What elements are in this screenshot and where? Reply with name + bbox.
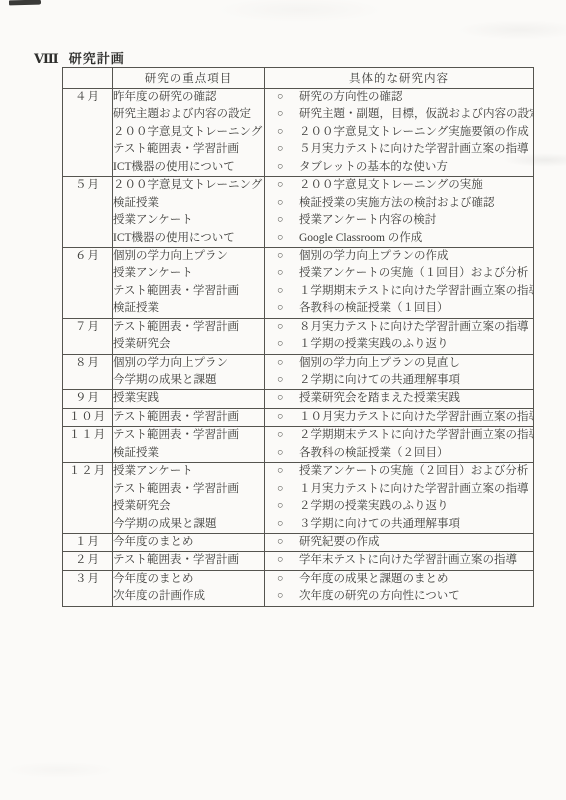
research-content-text: ２学期に向けての共通理解事項 [299, 374, 460, 386]
research-content-text: 研究主題・副題，目標，仮説および内容の設定 [299, 108, 533, 120]
page-title: Ⅷ研究計画 [34, 48, 125, 67]
focus-item-line: ICT機器の使用について [113, 230, 264, 247]
research-content-cell: ○２００字意見文トレーニングの実施○検証授業の実施方法の検討および確認○授業アン… [265, 177, 534, 248]
research-content-text: １学期期末テストに向けた学習計画立案の指導 [299, 285, 533, 297]
research-content-cell: ○８月実力テストに向けた学習計画立案の指導○１学期の授業実践のふり返り [265, 318, 534, 354]
focus-item-line: テスト範囲表・学習計画 [113, 319, 264, 336]
circle-bullet-icon: ○ [277, 588, 288, 605]
research-content-line: ○タブレットの基本的な使い方 [265, 159, 533, 176]
research-content-line: ○１学期の授業実践のふり返り [265, 336, 533, 353]
research-content-text: 検証授業の実施方法の検討および確認 [299, 197, 495, 209]
research-content-line: ○各教科の検証授業（１回目） [265, 300, 533, 317]
header-month [63, 68, 113, 89]
research-content-text: 学年末テストに向けた学習計画立案の指導 [299, 554, 517, 566]
table-row: ３月今年度のまとめ次年度の計画作成○今年度の成果と課題のまとめ○次年度の研究の方… [63, 570, 534, 606]
focus-item-line: 授業アンケート [113, 265, 264, 282]
research-content-cell: ○１０月実力テストに向けた学習計画立案の指導 [265, 408, 534, 426]
research-content-line: ○検証授業の実施方法の検討および確認 [265, 195, 533, 212]
focus-items-cell: テスト範囲表・学習計画検証授業 [113, 427, 265, 463]
month-cell: １０月 [63, 408, 113, 426]
circle-bullet-icon: ○ [277, 552, 288, 569]
research-content-text: 研究紀要の作成 [299, 536, 380, 548]
focus-item-line: 検証授業 [113, 300, 264, 317]
month-cell: １月 [63, 533, 113, 551]
research-content-text: タブレットの基本的な使い方 [299, 161, 448, 173]
month-cell: ８月 [63, 354, 113, 390]
circle-bullet-icon: ○ [277, 124, 288, 141]
circle-bullet-icon: ○ [277, 481, 288, 498]
circle-bullet-icon: ○ [277, 355, 288, 372]
circle-bullet-icon: ○ [277, 230, 288, 247]
circle-bullet-icon: ○ [277, 319, 288, 336]
research-content-line: ○各教科の検証授業（２回目） [265, 445, 533, 462]
research-plan-table: 研究の重点項目 具体的な研究内容 ４月昨年度の研究の確認研究主題および内容の設定… [62, 67, 534, 607]
circle-bullet-icon: ○ [277, 498, 288, 515]
research-content-text: 個別の学力向上プランの作成 [299, 250, 449, 262]
focus-item-line: 研究主題および内容の設定 [113, 106, 264, 123]
section-title: 研究計画 [69, 51, 125, 66]
research-content-line: ○２００字意見文トレーニング実施要領の作成 [265, 124, 533, 141]
focus-items-cell: テスト範囲表・学習計画 [113, 408, 265, 426]
focus-items-cell: 授業アンケートテスト範囲表・学習計画授業研究会今学期の成果と課題 [113, 463, 265, 534]
header-focus-items: 研究の重点項目 [113, 68, 265, 89]
focus-items-cell: テスト範囲表・学習計画 [113, 552, 265, 570]
table-row: ６月個別の学力向上プラン授業アンケートテスト範囲表・学習計画検証授業○個別の学力… [63, 247, 534, 318]
research-content-text: 今年度の成果と課題のまとめ [299, 573, 449, 585]
research-content-text: 各教科の検証授業（２回目） [299, 447, 449, 459]
research-content-line: ○２００字意見文トレーニングの実施 [265, 177, 533, 194]
focus-item-line: テスト範囲表・学習計画 [113, 141, 264, 158]
circle-bullet-icon: ○ [277, 445, 288, 462]
circle-bullet-icon: ○ [277, 463, 288, 480]
research-content-cell: ○研究の方向性の確認○研究主題・副題，目標，仮説および内容の設定○２００字意見文… [265, 89, 534, 177]
focus-item-line: テスト範囲表・学習計画 [113, 283, 264, 300]
research-content-text: 授業アンケートの実施（２回目）および分析・比較 [299, 465, 533, 477]
research-content-text: １０月実力テストに向けた学習計画立案の指導 [299, 411, 533, 423]
focus-item-line: 個別の学力向上プラン [113, 248, 264, 265]
research-content-line: ○今年度の成果と課題のまとめ [265, 571, 533, 588]
focus-item-line: ２００字意見文トレーニング [113, 177, 264, 194]
research-content-line: ○１学期期末テストに向けた学習計画立案の指導 [265, 283, 533, 300]
research-content-line: ○２学期期末テストに向けた学習計画立案の指導 [265, 427, 533, 444]
focus-items-cell: 授業実践 [113, 390, 265, 408]
research-content-line: ○授業アンケートの実施（１回目）および分析 [265, 265, 533, 282]
table-row: ２月テスト範囲表・学習計画○学年末テストに向けた学習計画立案の指導 [63, 552, 534, 570]
research-content-line: ○８月実力テストに向けた学習計画立案の指導 [265, 319, 533, 336]
research-content-line: ○授業研究会を踏まえた授業実践 [265, 390, 533, 407]
research-content-text: 授業研究会を踏まえた授業実践 [299, 392, 460, 404]
circle-bullet-icon: ○ [277, 300, 288, 317]
research-content-text: ２００字意見文トレーニング実施要領の作成 [299, 126, 529, 138]
table-row: ７月テスト範囲表・学習計画授業研究会○８月実力テストに向けた学習計画立案の指導○… [63, 318, 534, 354]
research-content-text: ２学期の授業実践のふり返り [299, 500, 449, 512]
focus-item-line: テスト範囲表・学習計画 [113, 481, 264, 498]
research-content-text: 授業アンケートの実施（１回目）および分析 [299, 267, 528, 279]
focus-item-line: 今学期の成果と課題 [113, 372, 264, 389]
focus-item-line: 今年度のまとめ [113, 534, 264, 551]
research-content-text: 研究の方向性の確認 [299, 91, 403, 103]
focus-item-line: 個別の学力向上プラン [113, 355, 264, 372]
month-cell: ５月 [63, 177, 113, 248]
research-content-cell: ○個別の学力向上プランの見直し○２学期に向けての共通理解事項 [265, 354, 534, 390]
circle-bullet-icon: ○ [277, 390, 288, 407]
research-content-text: １学期の授業実践のふり返り [299, 338, 449, 350]
research-content-text: ８月実力テストに向けた学習計画立案の指導 [299, 321, 529, 333]
research-content-cell: ○授業アンケートの実施（２回目）および分析・比較○１月実力テストに向けた学習計画… [265, 463, 534, 534]
focus-item-line: 今学期の成果と課題 [113, 516, 264, 533]
research-content-line: ○次年度の研究の方向性について [265, 588, 533, 605]
circle-bullet-icon: ○ [277, 336, 288, 353]
table-header-row: 研究の重点項目 具体的な研究内容 [63, 68, 534, 89]
research-content-line: ○授業アンケート内容の検討 [265, 212, 533, 229]
focus-items-cell: 昨年度の研究の確認研究主題および内容の設定２００字意見文トレーニングテスト範囲表… [113, 89, 265, 177]
research-content-line: ○学年末テストに向けた学習計画立案の指導 [265, 552, 533, 569]
circle-bullet-icon: ○ [277, 427, 288, 444]
circle-bullet-icon: ○ [277, 106, 288, 123]
research-content-cell: ○２学期期末テストに向けた学習計画立案の指導○各教科の検証授業（２回目） [265, 427, 534, 463]
research-content-text: 各教科の検証授業（１回目） [299, 302, 449, 314]
focus-items-cell: 個別の学力向上プラン今学期の成果と課題 [113, 354, 265, 390]
focus-item-line: 次年度の計画作成 [113, 588, 264, 605]
scan-artifact-mark [9, 0, 41, 5]
section-numeral: Ⅷ [34, 51, 60, 66]
table-row: １１月テスト範囲表・学習計画検証授業○２学期期末テストに向けた学習計画立案の指導… [63, 427, 534, 463]
research-content-line: ○５月実力テストに向けた学習計画立案の指導 [265, 141, 533, 158]
circle-bullet-icon: ○ [277, 89, 288, 106]
month-cell: ７月 [63, 318, 113, 354]
focus-item-line: 授業実践 [113, 390, 264, 407]
research-content-line: ○個別の学力向上プランの見直し [265, 355, 533, 372]
table-row: ４月昨年度の研究の確認研究主題および内容の設定２００字意見文トレーニングテスト範… [63, 89, 534, 177]
focus-item-line: テスト範囲表・学習計画 [113, 409, 264, 426]
month-cell: ９月 [63, 390, 113, 408]
research-content-line: ○研究紀要の作成 [265, 534, 533, 551]
circle-bullet-icon: ○ [277, 141, 288, 158]
focus-items-cell: 今年度のまとめ [113, 533, 265, 551]
focus-item-line: 昨年度の研究の確認 [113, 89, 264, 106]
research-content-text: 授業アンケート内容の検討 [299, 214, 436, 226]
research-content-text: １月実力テストに向けた学習計画立案の指導 [299, 483, 529, 495]
focus-items-cell: 今年度のまとめ次年度の計画作成 [113, 570, 265, 606]
circle-bullet-icon: ○ [277, 212, 288, 229]
research-content-text: Google Classroom の作成 [299, 232, 422, 244]
research-content-line: ○研究主題・副題，目標，仮説および内容の設定 [265, 106, 533, 123]
research-content-text: 個別の学力向上プランの見直し [299, 357, 460, 369]
circle-bullet-icon: ○ [277, 177, 288, 194]
month-cell: １２月 [63, 463, 113, 534]
research-content-cell: ○個別の学力向上プランの作成○授業アンケートの実施（１回目）および分析○１学期期… [265, 247, 534, 318]
table-row: １２月授業アンケートテスト範囲表・学習計画授業研究会今学期の成果と課題○授業アン… [63, 463, 534, 534]
table-body: ４月昨年度の研究の確認研究主題および内容の設定２００字意見文トレーニングテスト範… [63, 89, 534, 607]
research-content-text: ２学期期末テストに向けた学習計画立案の指導 [299, 429, 533, 441]
research-content-line: ○１月実力テストに向けた学習計画立案の指導 [265, 481, 533, 498]
focus-item-line: 授業研究会 [113, 498, 264, 515]
table-row: １０月テスト範囲表・学習計画○１０月実力テストに向けた学習計画立案の指導 [63, 408, 534, 426]
focus-items-cell: ２００字意見文トレーニング検証授業授業アンケートICT機器の使用について [113, 177, 265, 248]
circle-bullet-icon: ○ [277, 534, 288, 551]
research-content-text: ２００字意見文トレーニングの実施 [299, 179, 483, 191]
circle-bullet-icon: ○ [277, 159, 288, 176]
month-cell: １１月 [63, 427, 113, 463]
table-row: １月今年度のまとめ○研究紀要の作成 [63, 533, 534, 551]
research-content-line: ○研究の方向性の確認 [265, 89, 533, 106]
table-row: ８月個別の学力向上プラン今学期の成果と課題○個別の学力向上プランの見直し○２学期… [63, 354, 534, 390]
focus-item-line: 授業アンケート [113, 463, 264, 480]
circle-bullet-icon: ○ [277, 372, 288, 389]
research-content-line: ○Google Classroom の作成 [265, 230, 533, 247]
circle-bullet-icon: ○ [277, 248, 288, 265]
circle-bullet-icon: ○ [277, 265, 288, 282]
table-row: ５月２００字意見文トレーニング検証授業授業アンケートICT機器の使用について○２… [63, 177, 534, 248]
focus-item-line: 授業研究会 [113, 336, 264, 353]
research-content-line: ○２学期の授業実践のふり返り [265, 498, 533, 515]
focus-item-line: テスト範囲表・学習計画 [113, 552, 264, 569]
focus-item-line: ICT機器の使用について [113, 159, 264, 176]
research-content-cell: ○今年度の成果と課題のまとめ○次年度の研究の方向性について [265, 570, 534, 606]
research-content-cell: ○学年末テストに向けた学習計画立案の指導 [265, 552, 534, 570]
circle-bullet-icon: ○ [277, 516, 288, 533]
research-content-text: ３学期に向けての共通理解事項 [299, 518, 460, 530]
circle-bullet-icon: ○ [277, 283, 288, 300]
focus-items-cell: テスト範囲表・学習計画授業研究会 [113, 318, 265, 354]
research-content-line: ○個別の学力向上プランの作成 [265, 248, 533, 265]
circle-bullet-icon: ○ [277, 571, 288, 588]
research-content-cell: ○授業研究会を踏まえた授業実践 [265, 390, 534, 408]
month-cell: ６月 [63, 247, 113, 318]
month-cell: ２月 [63, 552, 113, 570]
focus-item-line: 授業アンケート [113, 212, 264, 229]
scanned-document-page: Ⅷ研究計画 研究の重点項目 具体的な研究内容 ４月昨年度の研究の確認研究主題およ… [0, 0, 566, 800]
research-content-text: ５月実力テストに向けた学習計画立案の指導 [299, 143, 529, 155]
research-content-line: ○２学期に向けての共通理解事項 [265, 372, 533, 389]
focus-item-line: 検証授業 [113, 195, 264, 212]
research-content-line: ○３学期に向けての共通理解事項 [265, 516, 533, 533]
research-content-line: ○授業アンケートの実施（２回目）および分析・比較 [265, 463, 533, 480]
month-cell: ３月 [63, 570, 113, 606]
table-row: ９月授業実践○授業研究会を踏まえた授業実践 [63, 390, 534, 408]
focus-items-cell: 個別の学力向上プラン授業アンケートテスト範囲表・学習計画検証授業 [113, 247, 265, 318]
research-content-text: 次年度の研究の方向性について [299, 590, 460, 602]
month-cell: ４月 [63, 89, 113, 177]
focus-item-line: テスト範囲表・学習計画 [113, 427, 264, 444]
focus-item-line: 検証授業 [113, 445, 264, 462]
research-content-line: ○１０月実力テストに向けた学習計画立案の指導 [265, 409, 533, 426]
circle-bullet-icon: ○ [277, 409, 288, 426]
focus-item-line: ２００字意見文トレーニング [113, 124, 264, 141]
research-content-cell: ○研究紀要の作成 [265, 533, 534, 551]
circle-bullet-icon: ○ [277, 195, 288, 212]
focus-item-line: 今年度のまとめ [113, 571, 264, 588]
header-research-content: 具体的な研究内容 [265, 68, 534, 89]
